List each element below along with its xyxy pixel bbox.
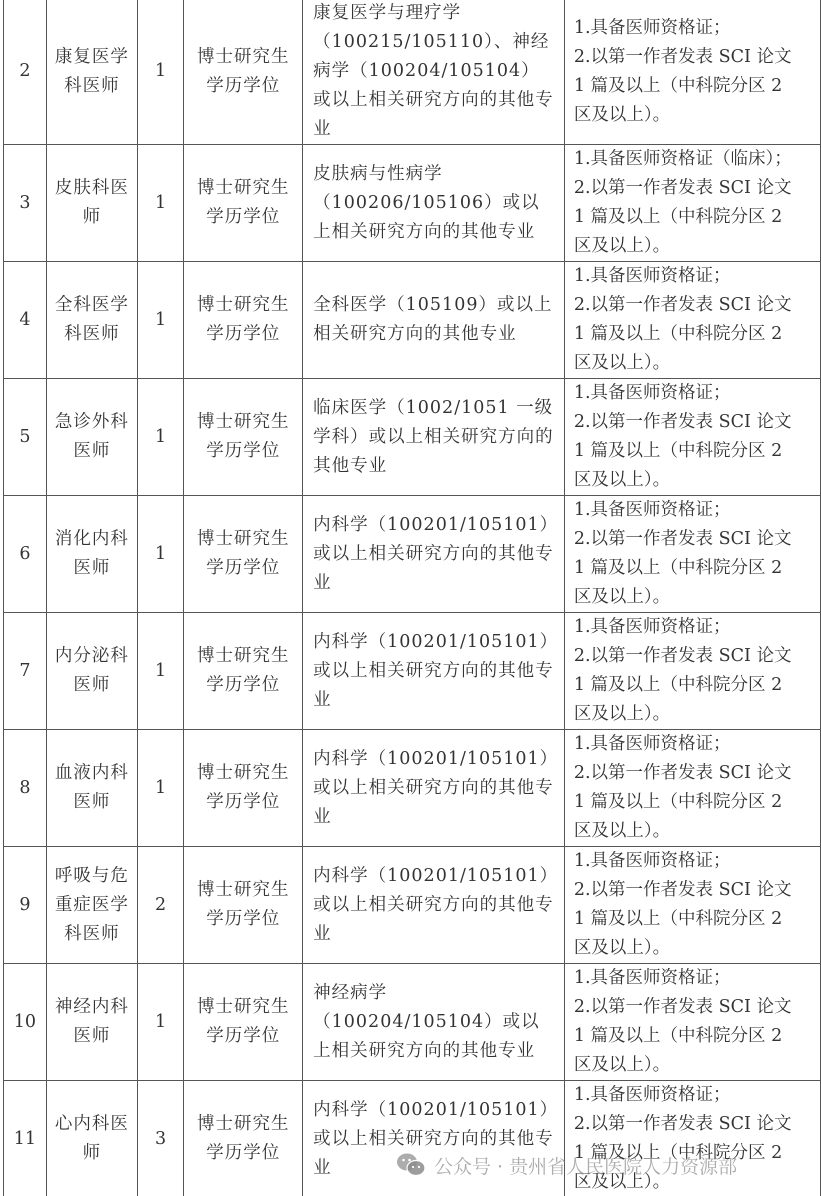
requirement-line: 2.以第一作者发表 SCI 论文 — [574, 1110, 816, 1139]
requirement-line: 区及以上）。 — [574, 101, 816, 130]
post-name: 急诊外科医师 — [46, 379, 137, 496]
other-requirements: 1.具备医师资格证；2.以第一作者发表 SCI 论文1 篇及以上（中科院分区 2… — [564, 1081, 820, 1196]
degree-requirement: 博士研究生学历学位 — [184, 964, 303, 1081]
requirement-line: 1.具备医师资格证（临床）； — [574, 145, 816, 174]
requirement-line: 区及以上）。 — [574, 700, 816, 729]
requirement-line: 1 篇及以上（中科院分区 2 — [574, 905, 816, 934]
table-row: 5 急诊外科医师 1 博士研究生学历学位 临床医学（1002/1051 一级学科… — [4, 379, 821, 496]
row-number: 2 — [4, 0, 47, 145]
other-requirements: 1.具备医师资格证（临床）；2.以第一作者发表 SCI 论文1 篇及以上（中科院… — [564, 145, 820, 262]
headcount: 1 — [137, 0, 183, 145]
table-row: 6 消化内科医师 1 博士研究生学历学位 内科学（100201/105101）或… — [4, 496, 821, 613]
requirement-line: 2.以第一作者发表 SCI 论文 — [574, 291, 816, 320]
row-number: 5 — [4, 379, 47, 496]
table-row: 10 神经内科医师 1 博士研究生学历学位 神经病学（100204/105104… — [4, 964, 821, 1081]
major-requirement: 全科医学（105109）或以上相关研究方向的其他专业 — [303, 262, 565, 379]
headcount: 1 — [137, 145, 183, 262]
headcount: 1 — [137, 262, 183, 379]
table-row: 8 血液内科医师 1 博士研究生学历学位 内科学（100201/105101）或… — [4, 730, 821, 847]
post-name: 皮肤科医师 — [46, 145, 137, 262]
row-number: 9 — [4, 847, 47, 964]
table-row: 9 呼吸与危重症医学科医师 2 博士研究生学历学位 内科学（100201/105… — [4, 847, 821, 964]
requirement-line: 区及以上）。 — [574, 349, 816, 378]
requirement-line: 1 篇及以上（中科院分区 2 — [574, 203, 816, 232]
headcount: 1 — [137, 964, 183, 1081]
major-requirement: 皮肤病与性病学（100206/105106）或以上相关研究方向的其他专业 — [303, 145, 565, 262]
requirement-line: 2.以第一作者发表 SCI 论文 — [574, 525, 816, 554]
requirement-line: 1.具备医师资格证； — [574, 496, 816, 525]
post-name: 内分泌科医师 — [46, 613, 137, 730]
table-row: 11 心内科医师 3 博士研究生学历学位 内科学（100201/105101）或… — [4, 1081, 821, 1196]
major-requirement: 内科学（100201/105101）或以上相关研究方向的其他专业 — [303, 1081, 565, 1196]
table-row: 4 全科医学科医师 1 博士研究生学历学位 全科医学（105109）或以上相关研… — [4, 262, 821, 379]
headcount: 1 — [137, 496, 183, 613]
requirement-line: 2.以第一作者发表 SCI 论文 — [574, 876, 816, 905]
major-requirement: 内科学（100201/105101）或以上相关研究方向的其他专业 — [303, 730, 565, 847]
row-number: 3 — [4, 145, 47, 262]
major-requirement: 神经病学（100204/105104）或以上相关研究方向的其他专业 — [303, 964, 565, 1081]
requirement-line: 区及以上）。 — [574, 934, 816, 963]
other-requirements: 1.具备医师资格证；2.以第一作者发表 SCI 论文1 篇及以上（中科院分区 2… — [564, 730, 820, 847]
post-name: 消化内科医师 — [46, 496, 137, 613]
requirement-line: 区及以上）。 — [574, 232, 816, 261]
post-name: 呼吸与危重症医学科医师 — [46, 847, 137, 964]
table-row: 7 内分泌科医师 1 博士研究生学历学位 内科学（100201/105101）或… — [4, 613, 821, 730]
row-number: 8 — [4, 730, 47, 847]
degree-requirement: 博士研究生学历学位 — [184, 0, 303, 145]
requirement-line: 1 篇及以上（中科院分区 2 — [574, 1139, 816, 1168]
requirement-line: 1.具备医师资格证； — [574, 730, 816, 759]
post-name: 康复医学科医师 — [46, 0, 137, 145]
requirement-line: 1.具备医师资格证； — [574, 964, 816, 993]
row-number: 7 — [4, 613, 47, 730]
major-requirement: 临床医学（1002/1051 一级学科）或以上相关研究方向的其他专业 — [303, 379, 565, 496]
major-requirement: 内科学（100201/105101）或以上相关研究方向的其他专业 — [303, 613, 565, 730]
requirement-line: 2.以第一作者发表 SCI 论文 — [574, 759, 816, 788]
requirement-line: 2.以第一作者发表 SCI 论文 — [574, 993, 816, 1022]
headcount: 1 — [137, 379, 183, 496]
degree-requirement: 博士研究生学历学位 — [184, 496, 303, 613]
other-requirements: 1.具备医师资格证；2.以第一作者发表 SCI 论文1 篇及以上（中科院分区 2… — [564, 847, 820, 964]
requirement-line: 1.具备医师资格证； — [574, 847, 816, 876]
other-requirements: 1.具备医师资格证；2.以第一作者发表 SCI 论文1 篇及以上（中科院分区 2… — [564, 613, 820, 730]
requirement-line: 1 篇及以上（中科院分区 2 — [574, 320, 816, 349]
requirement-line: 1 篇及以上（中科院分区 2 — [574, 671, 816, 700]
degree-requirement: 博士研究生学历学位 — [184, 1081, 303, 1196]
other-requirements: 1.具备医师资格证；2.以第一作者发表 SCI 论文1 篇及以上（中科院分区 2… — [564, 379, 820, 496]
requirement-line: 1.具备医师资格证； — [574, 262, 816, 291]
row-number: 4 — [4, 262, 47, 379]
major-requirement: 内科学（100201/105101）或以上相关研究方向的其他专业 — [303, 847, 565, 964]
post-name: 心内科医师 — [46, 1081, 137, 1196]
table-row: 2 康复医学科医师 1 博士研究生学历学位 康复医学与理疗学（100215/10… — [4, 0, 821, 145]
degree-requirement: 博士研究生学历学位 — [184, 379, 303, 496]
degree-requirement: 博士研究生学历学位 — [184, 262, 303, 379]
degree-requirement: 博士研究生学历学位 — [184, 145, 303, 262]
requirement-line: 1 篇及以上（中科院分区 2 — [574, 554, 816, 583]
requirement-line: 2.以第一作者发表 SCI 论文 — [574, 408, 816, 437]
requirement-line: 2.以第一作者发表 SCI 论文 — [574, 174, 816, 203]
requirement-line: 1.具备医师资格证； — [574, 14, 816, 43]
post-name: 血液内科医师 — [46, 730, 137, 847]
requirement-line: 2.以第一作者发表 SCI 论文 — [574, 43, 816, 72]
row-number: 10 — [4, 964, 47, 1081]
major-requirement: 内科学（100201/105101）或以上相关研究方向的其他专业 — [303, 496, 565, 613]
table-row: 3 皮肤科医师 1 博士研究生学历学位 皮肤病与性病学（100206/10510… — [4, 145, 821, 262]
headcount: 2 — [137, 847, 183, 964]
requirement-line: 2.以第一作者发表 SCI 论文 — [574, 642, 816, 671]
row-number: 11 — [4, 1081, 47, 1196]
other-requirements: 1.具备医师资格证；2.以第一作者发表 SCI 论文1 篇及以上（中科院分区 2… — [564, 0, 820, 145]
requirement-line: 1 篇及以上（中科院分区 2 — [574, 437, 816, 466]
degree-requirement: 博士研究生学历学位 — [184, 730, 303, 847]
requirement-line: 1.具备医师资格证； — [574, 1081, 816, 1110]
headcount: 3 — [137, 1081, 183, 1196]
recruitment-table: 2 康复医学科医师 1 博士研究生学历学位 康复医学与理疗学（100215/10… — [3, 0, 821, 1196]
row-number: 6 — [4, 496, 47, 613]
requirement-line: 区及以上）。 — [574, 817, 816, 846]
requirement-line: 区及以上）。 — [574, 583, 816, 612]
post-name: 神经内科医师 — [46, 964, 137, 1081]
requirement-line: 1.具备医师资格证； — [574, 379, 816, 408]
other-requirements: 1.具备医师资格证；2.以第一作者发表 SCI 论文1 篇及以上（中科院分区 2… — [564, 262, 820, 379]
requirement-line: 1 篇及以上（中科院分区 2 — [574, 72, 816, 101]
other-requirements: 1.具备医师资格证；2.以第一作者发表 SCI 论文1 篇及以上（中科院分区 2… — [564, 496, 820, 613]
post-name: 全科医学科医师 — [46, 262, 137, 379]
headcount: 1 — [137, 613, 183, 730]
degree-requirement: 博士研究生学历学位 — [184, 847, 303, 964]
requirement-line: 1 篇及以上（中科院分区 2 — [574, 1022, 816, 1051]
requirement-line: 1.具备医师资格证； — [574, 613, 816, 642]
requirement-line: 区及以上）。 — [574, 1168, 816, 1196]
headcount: 1 — [137, 730, 183, 847]
requirement-line: 区及以上）。 — [574, 1051, 816, 1080]
requirement-line: 1 篇及以上（中科院分区 2 — [574, 788, 816, 817]
other-requirements: 1.具备医师资格证；2.以第一作者发表 SCI 论文1 篇及以上（中科院分区 2… — [564, 964, 820, 1081]
degree-requirement: 博士研究生学历学位 — [184, 613, 303, 730]
requirement-line: 区及以上）。 — [574, 466, 816, 495]
major-requirement: 康复医学与理疗学（100215/105110）、神经病学（100204/1051… — [303, 0, 565, 145]
